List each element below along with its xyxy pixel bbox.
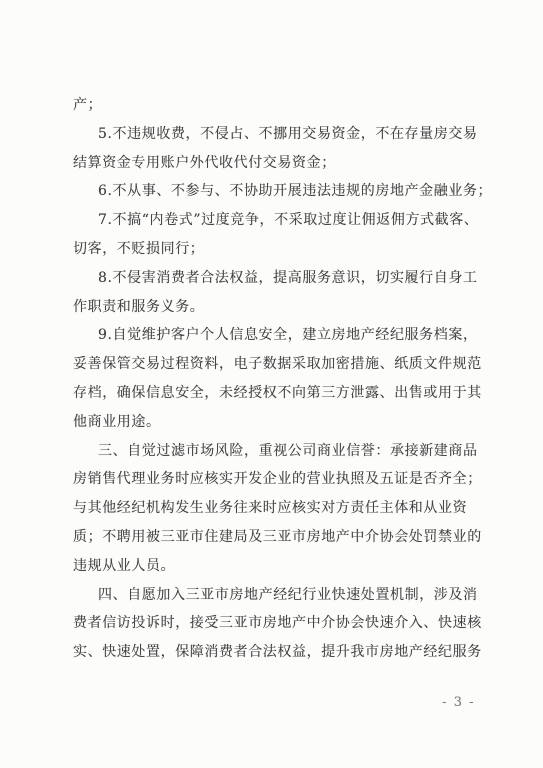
document-line: 实、快速处置，保障消费者合法权益，提升我市房地产经纪服务 xyxy=(73,638,513,667)
document-body: 产； 5.不违规收费，不侵占、不挪用交易资金，不在存量房交易 结算资金专用账户外… xyxy=(73,91,513,667)
document-line: 他商业用途。 xyxy=(73,408,513,437)
document-line: 9.自觉维护客户个人信息安全，建立房地产经纪服务档案， xyxy=(73,321,513,350)
document-line: 房销售代理业务时应核实开发企业的营业执照及五证是否齐全； xyxy=(73,465,513,494)
document-line: 费者信访投诉时，接受三亚市房地产中介协会快速介入、快速核 xyxy=(73,609,513,638)
document-line: 5.不违规收费，不侵占、不挪用交易资金，不在存量房交易 xyxy=(73,120,513,149)
document-line: 三、自觉过滤市场风险，重视公司商业信誉：承接新建商品 xyxy=(73,437,513,466)
document-line: 质；不聘用被三亚市住建局及三亚市房地产中介协会处罚禁业的 xyxy=(73,523,513,552)
document-line: 妥善保管交易过程资料，电子数据采取加密措施、纸质文件规范 xyxy=(73,350,513,379)
page-number: - 3 - xyxy=(442,694,475,712)
document-line: 结算资金专用账户外代收代付交易资金； xyxy=(73,149,513,178)
document-line: 与其他经纪机构发生业务往来时应核实对方责任主体和从业资 xyxy=(73,494,513,523)
document-line: 产； xyxy=(73,91,513,120)
document-line: 存档，确保信息安全，未经授权不向第三方泄露、出售或用于其 xyxy=(73,379,513,408)
document-line: 作职责和服务义务。 xyxy=(73,293,513,322)
document-line: 8.不侵害消费者合法权益，提高服务意识，切实履行自身工 xyxy=(73,264,513,293)
document-line: 切客，不贬损同行； xyxy=(73,235,513,264)
document-page: 产； 5.不违规收费，不侵占、不挪用交易资金，不在存量房交易 结算资金专用账户外… xyxy=(0,0,543,768)
document-line: 四、自愿加入三亚市房地产经纪行业快速处置机制，涉及消 xyxy=(73,581,513,610)
document-line: 6.不从事、不参与、不协助开展违法违规的房地产金融业务； xyxy=(73,177,513,206)
document-line: 7.不搞“内卷式”过度竞争，不采取过度让佣返佣方式截客、 xyxy=(73,206,513,235)
document-line: 违规从业人员。 xyxy=(73,552,513,581)
